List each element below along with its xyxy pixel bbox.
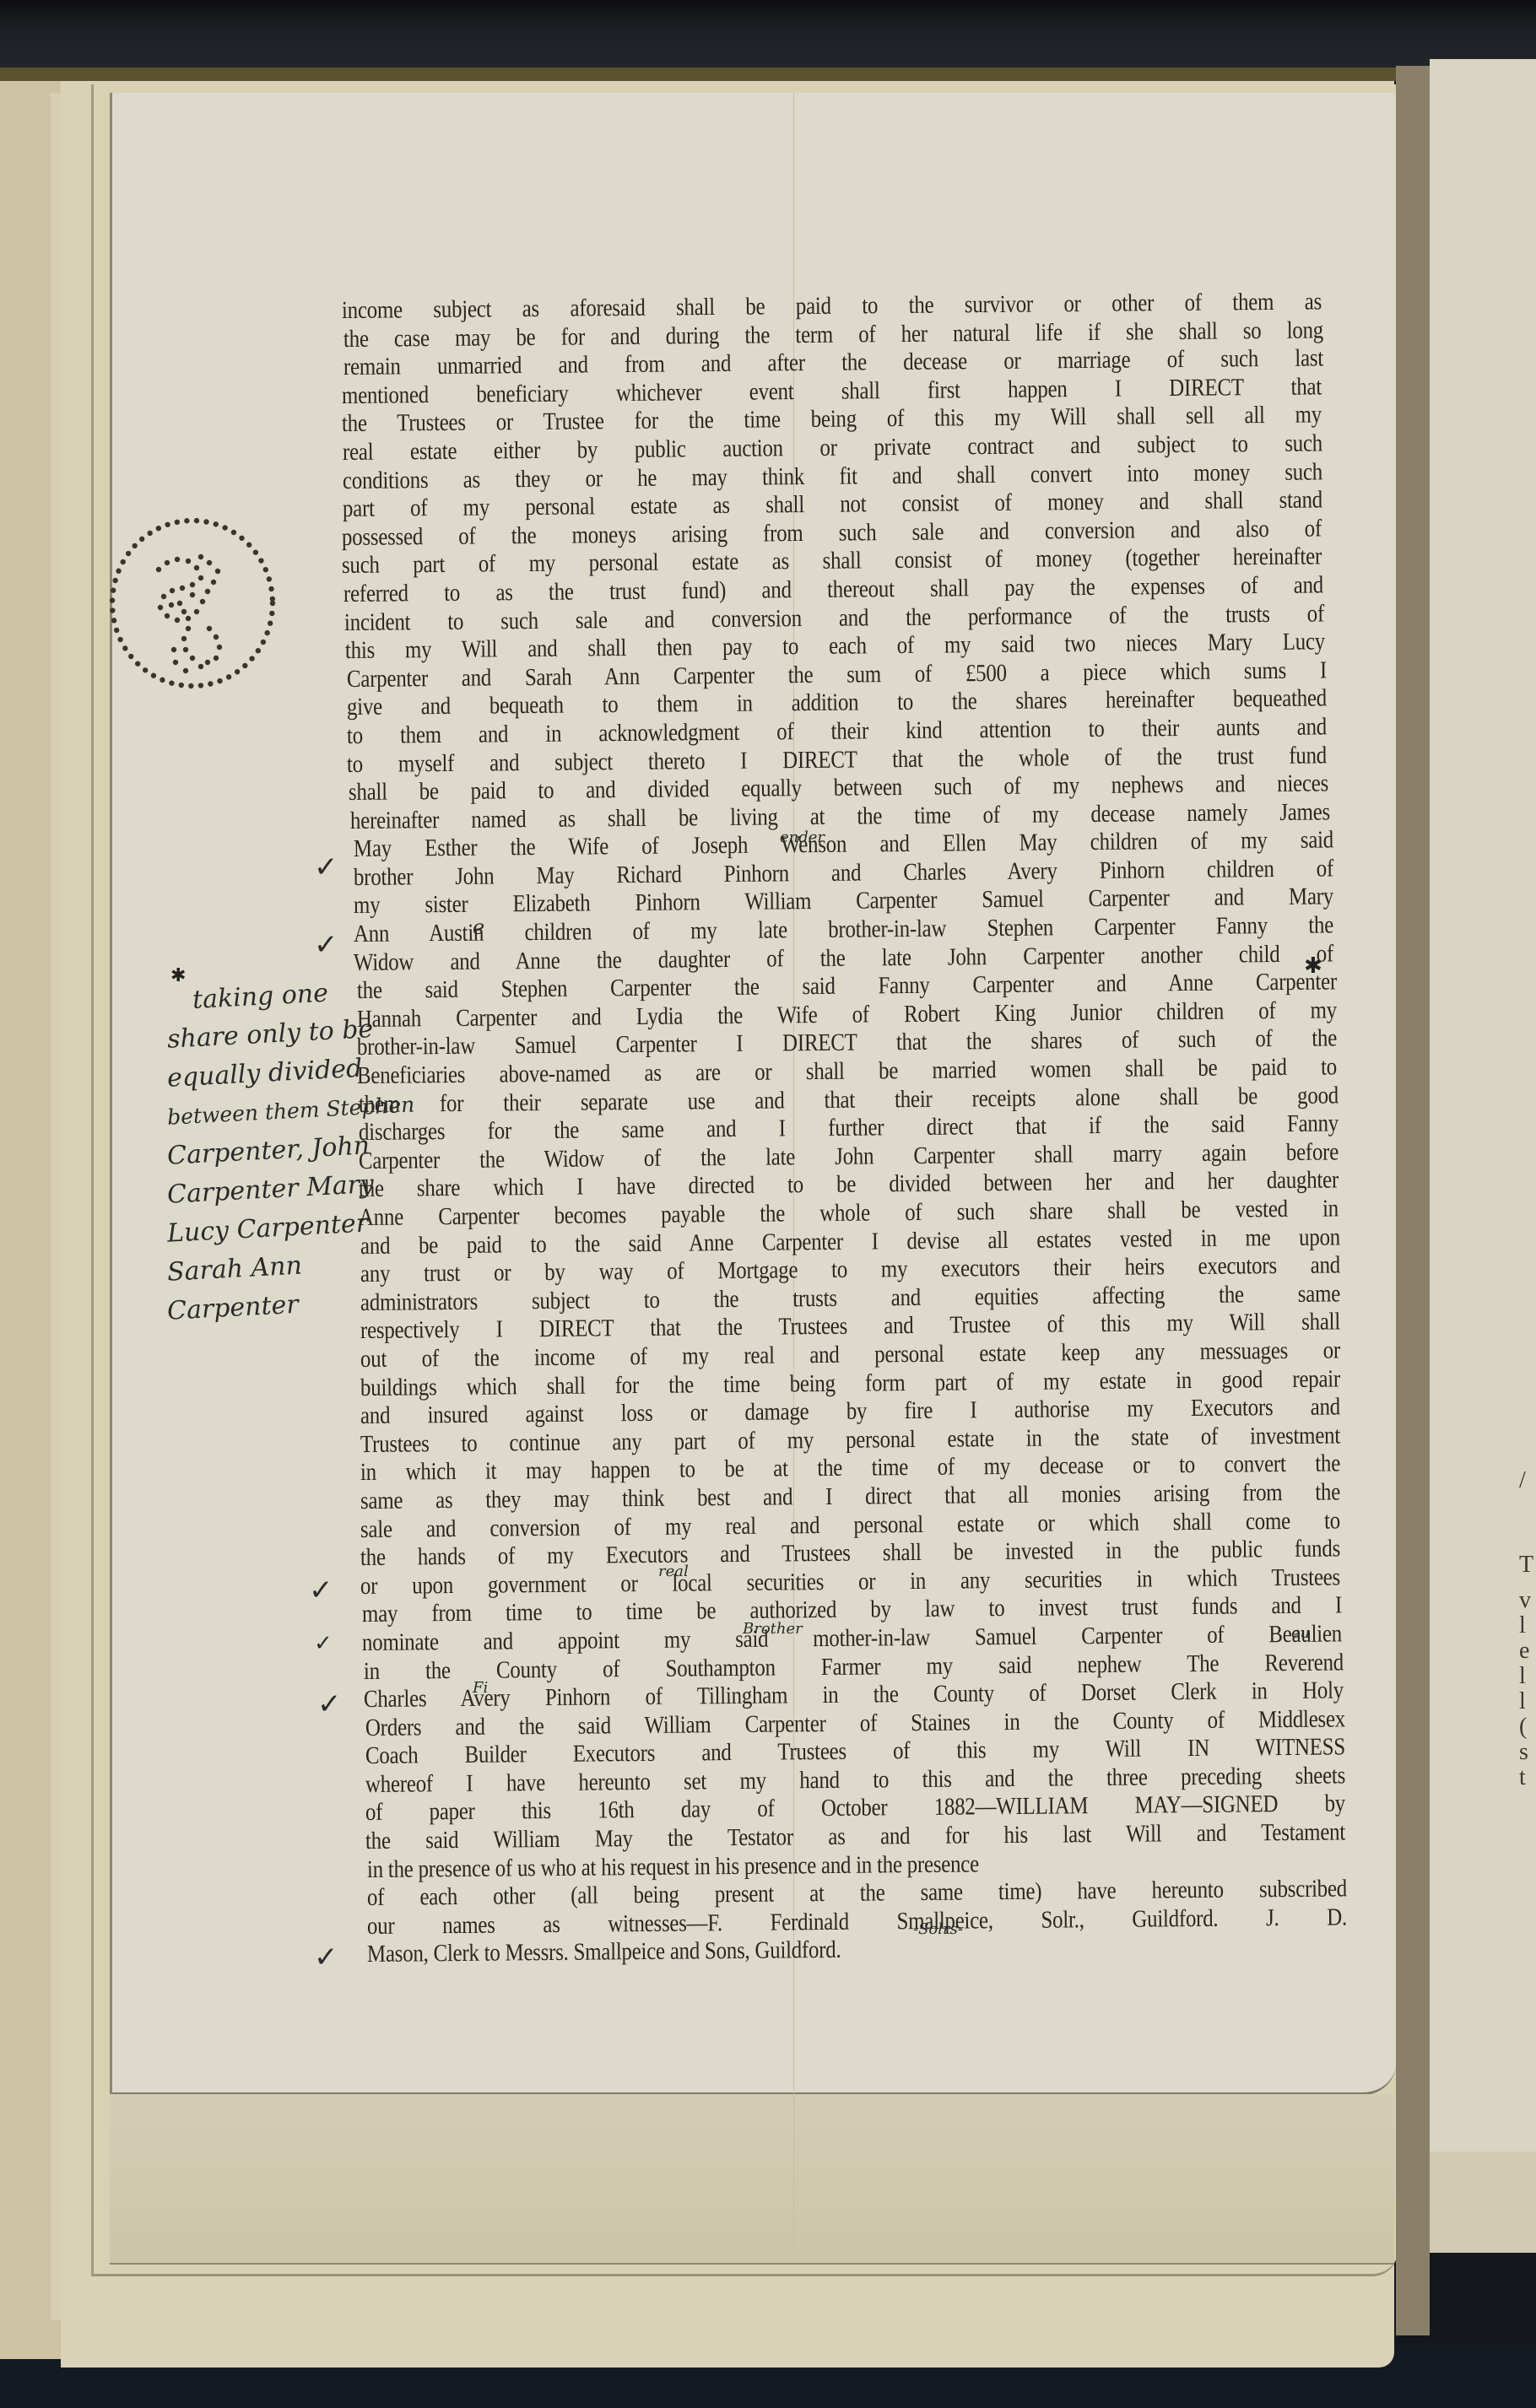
page-foot-margin (110, 2094, 1394, 2265)
margin-annotation: taking oneshare only to beequally divide… (167, 979, 387, 1328)
margin-note-line: share only to be (166, 1012, 387, 1057)
margin-note-line: Carpenter Mary (166, 1167, 387, 1212)
facing-page-fragment: /Tvlell(st (1519, 1468, 1533, 1790)
book-cover-top (0, 0, 1536, 69)
margin-note-line: Carpenter, John (166, 1128, 387, 1174)
tick-mark-icon: ✓ (309, 1574, 333, 1607)
correction-e: e (473, 915, 484, 939)
correction-brother: Brother (743, 1620, 803, 1638)
tick-mark-icon: ✓ (314, 1941, 338, 1974)
correction-ender: ender (780, 829, 825, 846)
perforated-seal-icon (108, 510, 277, 696)
facing-page (1430, 59, 1536, 2152)
asterisk-marker-icon: ✱ (1304, 953, 1322, 979)
correction-solrs: -Solrs- (913, 1920, 963, 1938)
tick-mark-icon: ✓ (317, 1687, 342, 1721)
margin-note-line: equally divided (166, 1050, 387, 1096)
asterisk-marker-icon: ✱ (170, 965, 186, 986)
correction-eu: eu (1291, 1624, 1310, 1642)
book-edge-top (0, 67, 1536, 81)
facing-page-foot (1430, 2152, 1536, 2253)
margin-note-line: Carpenter (166, 1283, 387, 1329)
tick-mark-icon: ✓ (314, 850, 338, 884)
margin-note-line: Lucy Carpenter (166, 1206, 387, 1251)
margin-note-line: between them Stephen (166, 1089, 387, 1135)
correction-real: real (658, 1563, 689, 1580)
book-gutter (1396, 66, 1430, 2335)
correction-fi: Fi (473, 1679, 488, 1697)
tick-mark-icon: ✓ (314, 1631, 333, 1656)
will-text-block: income subject as aforesaid shall be pai… (342, 297, 1321, 1969)
tick-mark-icon: ✓ (314, 928, 338, 962)
margin-note-line: taking one (192, 974, 387, 1018)
margin-note-line: Sarah Ann (166, 1244, 387, 1290)
